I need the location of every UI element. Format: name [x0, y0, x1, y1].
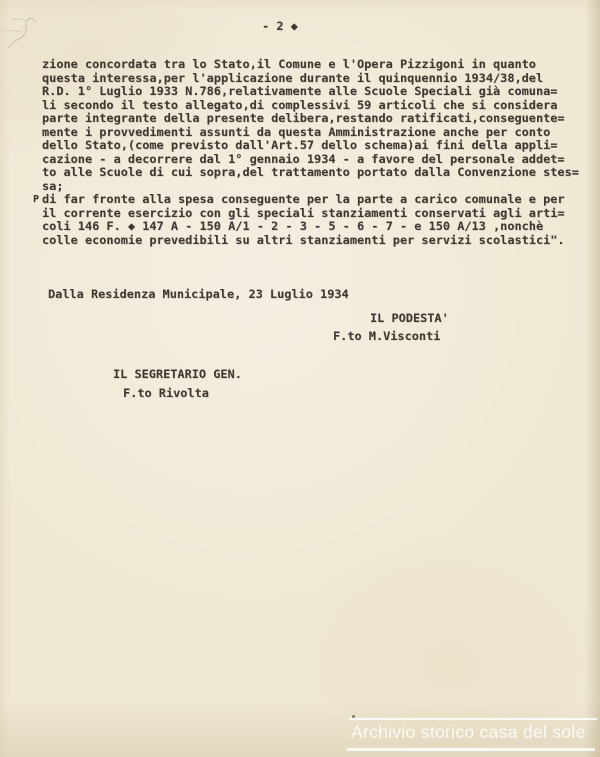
- page-number: - 2 ◆: [262, 19, 298, 33]
- archive-watermark: Archivio storico casa del sole: [351, 722, 600, 743]
- scanned-document-page: - 2 ◆ zione concordata tra lo Stato,il C…: [0, 0, 600, 757]
- signature-segretario-title: IL SEGRETARIO GEN.: [113, 367, 242, 381]
- signature-podesta-title: IL PODESTA': [370, 311, 449, 325]
- body-paragraph: zione concordata tra lo Stato,il Comune …: [42, 58, 579, 247]
- watermark-rule-bottom: [347, 748, 595, 751]
- margin-superscript-mark: P: [33, 194, 39, 205]
- scan-speck: [352, 715, 355, 718]
- watermark-rule-top: [349, 718, 597, 720]
- signature-segretario-name: F.to Rivolta: [123, 386, 209, 400]
- dateline: Dalla Residenza Municipale, 23 Luglio 19…: [48, 287, 349, 301]
- signature-podesta-name: F.to M.Visconti: [333, 329, 440, 343]
